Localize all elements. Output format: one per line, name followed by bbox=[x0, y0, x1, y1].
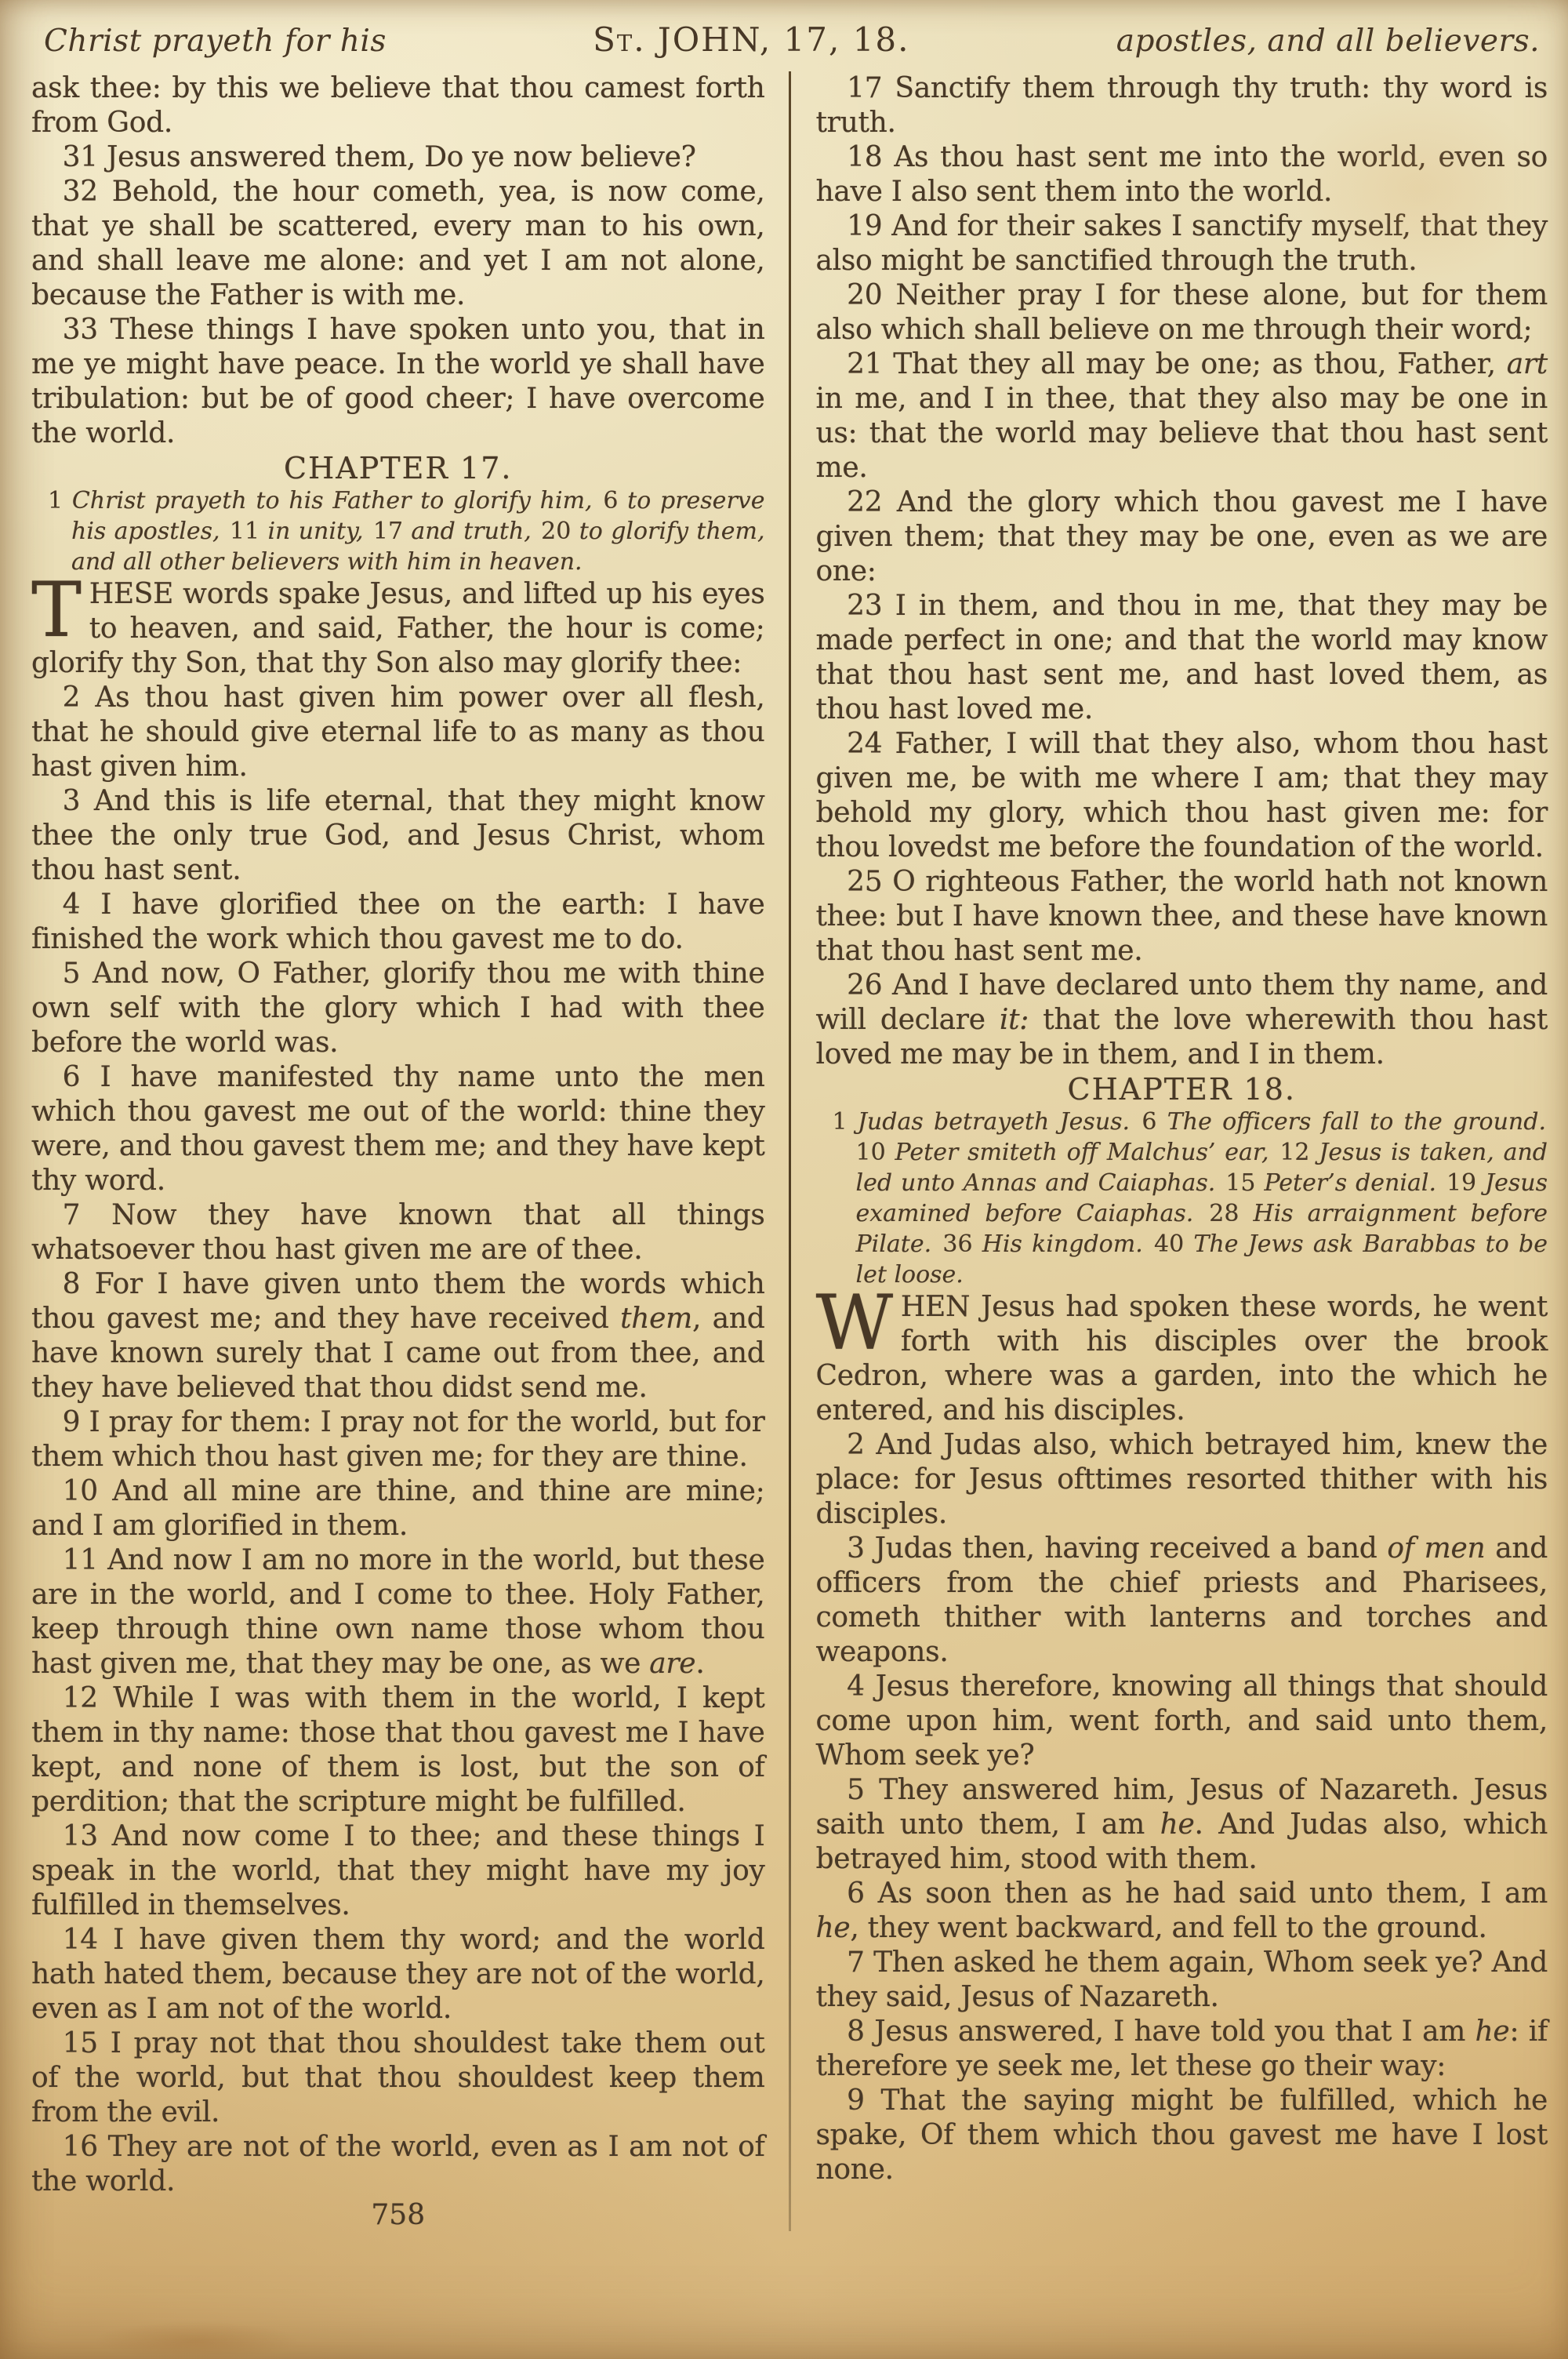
verse-number: 25 bbox=[847, 866, 892, 898]
verse-number: 5 bbox=[847, 1774, 879, 1806]
verse-number: 8 bbox=[847, 2016, 874, 2048]
verse-number: 3 bbox=[847, 1532, 874, 1565]
verse-number: 8 bbox=[63, 1268, 95, 1300]
verse: 24 Father, I will that they also, whom t… bbox=[816, 727, 1548, 865]
verse-number: 5 bbox=[63, 958, 93, 990]
verse-number: 9 bbox=[847, 2085, 880, 2117]
running-head-left: Christ prayeth for his bbox=[44, 24, 387, 59]
verse-number: 7 bbox=[63, 1199, 112, 1231]
running-head-center: St. JOHN, 17, 18. bbox=[593, 20, 909, 59]
verse-number: 31 bbox=[63, 141, 107, 173]
verse: 7 Then asked he them again, Whom seek ye… bbox=[816, 1946, 1548, 2015]
verse: WHEN Jesus had spoken these words, he we… bbox=[816, 1290, 1548, 1428]
verse-number: 6 bbox=[847, 1877, 878, 1910]
verse: 20 Neither pray I for these alone, but f… bbox=[816, 278, 1548, 347]
verse: 32 Behold, the hour cometh, yea, is now … bbox=[31, 175, 765, 313]
verse-continuation: ask thee: by this we believe that thou c… bbox=[31, 71, 765, 140]
verse-number: 19 bbox=[847, 210, 891, 242]
verse-number: 13 bbox=[63, 1820, 112, 1852]
left-column: ask thee: by this we believe that thou c… bbox=[31, 71, 789, 2231]
verse: 4 Jesus therefore, knowing all things th… bbox=[816, 1670, 1548, 1773]
running-head: Christ prayeth for his St. JOHN, 17, 18.… bbox=[0, 0, 1568, 64]
verse: 16 They are not of the world, even as I … bbox=[31, 2130, 765, 2199]
verse: 15 I pray not that thou shouldest take t… bbox=[31, 2026, 765, 2130]
right-column: 17 Sanctify them through thy truth: thy … bbox=[791, 71, 1548, 2231]
verse: 9 I pray for them: I pray not for the wo… bbox=[31, 1405, 765, 1474]
verse: 9 That the saying might be fulfilled, wh… bbox=[816, 2084, 1548, 2187]
verse-number: 6 bbox=[63, 1061, 100, 1093]
verse: 8 For I have given unto them the words w… bbox=[31, 1267, 765, 1405]
chapter-summary: 1 Judas betrayeth Jesus. 6 The officers … bbox=[816, 1107, 1548, 1290]
verse: 21 That they all may be one; as thou, Fa… bbox=[816, 347, 1548, 485]
verse-number: 7 bbox=[847, 1946, 873, 1979]
verse: 25 O righteous Father, the world hath no… bbox=[816, 865, 1548, 969]
verse-number: 9 bbox=[63, 1406, 89, 1438]
verse-number: 17 bbox=[847, 72, 895, 104]
verse: 4 I have glorified thee on the earth: I … bbox=[31, 888, 765, 957]
paper-stain bbox=[94, 2321, 298, 2359]
verse: 6 I have manifested thy name unto the me… bbox=[31, 1060, 765, 1198]
verse: 23 I in them, and thou in me, that they … bbox=[816, 589, 1548, 727]
verse: 5 And now, O Father, glorify thou me wit… bbox=[31, 957, 765, 1060]
verse: 5 They answered him, Jesus of Nazareth. … bbox=[816, 1773, 1548, 1877]
verse-number: 26 bbox=[847, 969, 892, 1001]
verse: 14 I have given them thy word; and the w… bbox=[31, 1923, 765, 2026]
paper-stain bbox=[1294, 94, 1544, 282]
verse: 2 And Judas also, which betrayed him, kn… bbox=[816, 1428, 1548, 1532]
verse-number: 18 bbox=[847, 141, 894, 173]
bible-page: Christ prayeth for his St. JOHN, 17, 18.… bbox=[0, 0, 1568, 2359]
verse: 11 And now I am no more in the world, bu… bbox=[31, 1543, 765, 1681]
verse-number: 11 bbox=[63, 1544, 108, 1576]
drop-cap: W bbox=[816, 1290, 901, 1354]
verse: THESE words spake Jesus, and lifted up h… bbox=[31, 577, 765, 681]
running-head-right: apostles, and all believers. bbox=[1116, 24, 1540, 59]
verse-number: 14 bbox=[63, 1924, 114, 1956]
verse-number: 15 bbox=[63, 2027, 111, 2059]
verse: 3 Judas then, having received a band of … bbox=[816, 1532, 1548, 1670]
verse-number: 22 bbox=[847, 486, 897, 518]
verse: 6 As soon then as he had said unto them,… bbox=[816, 1877, 1548, 1946]
chapter-summary: 1 Christ prayeth to his Father to glorif… bbox=[31, 485, 765, 577]
verse: 3 And this is life eternal, that they mi… bbox=[31, 784, 765, 888]
verse: 31 Jesus answered them, Do ye now believ… bbox=[31, 140, 765, 175]
verse-number: 10 bbox=[63, 1475, 113, 1507]
verse: 12 While I was with them in the world, I… bbox=[31, 1681, 765, 1819]
verse-number: 3 bbox=[63, 785, 94, 817]
verse: 33 These things I have spoken unto you, … bbox=[31, 313, 765, 451]
page-number: 758 bbox=[31, 2199, 765, 2231]
verse-number: 4 bbox=[63, 889, 101, 921]
verse: 13 And now come I to thee; and these thi… bbox=[31, 1819, 765, 1923]
verse-number: 2 bbox=[847, 1429, 876, 1461]
verse-number: 24 bbox=[847, 728, 895, 760]
chapter-heading: CHAPTER 17. bbox=[31, 451, 765, 485]
drop-cap: T bbox=[31, 577, 89, 641]
verse-number: 2 bbox=[63, 682, 96, 714]
verse: 8 Jesus answered, I have told you that I… bbox=[816, 2015, 1548, 2084]
verse-number: 4 bbox=[847, 1670, 875, 1703]
chapter-heading: CHAPTER 18. bbox=[816, 1072, 1548, 1107]
verse: 22 And the glory which thou gavest me I … bbox=[816, 485, 1548, 589]
verse: 7 Now they have known that all things wh… bbox=[31, 1198, 765, 1267]
verse: 2 As thou hast given him power over all … bbox=[31, 681, 765, 784]
verse: 10 And all mine are thine, and thine are… bbox=[31, 1474, 765, 1543]
verse-number: 23 bbox=[847, 590, 895, 622]
verse-number: 33 bbox=[63, 314, 111, 346]
text-columns: ask thee: by this we believe that thou c… bbox=[0, 64, 1568, 2231]
verse-number: 12 bbox=[63, 1682, 114, 1714]
verse-number: 21 bbox=[847, 348, 893, 380]
verse-number: 16 bbox=[63, 2131, 108, 2163]
verse-number: 32 bbox=[63, 176, 112, 208]
verse: 26 And I have declared unto them thy nam… bbox=[816, 969, 1548, 1072]
verse-number: 20 bbox=[847, 279, 895, 311]
